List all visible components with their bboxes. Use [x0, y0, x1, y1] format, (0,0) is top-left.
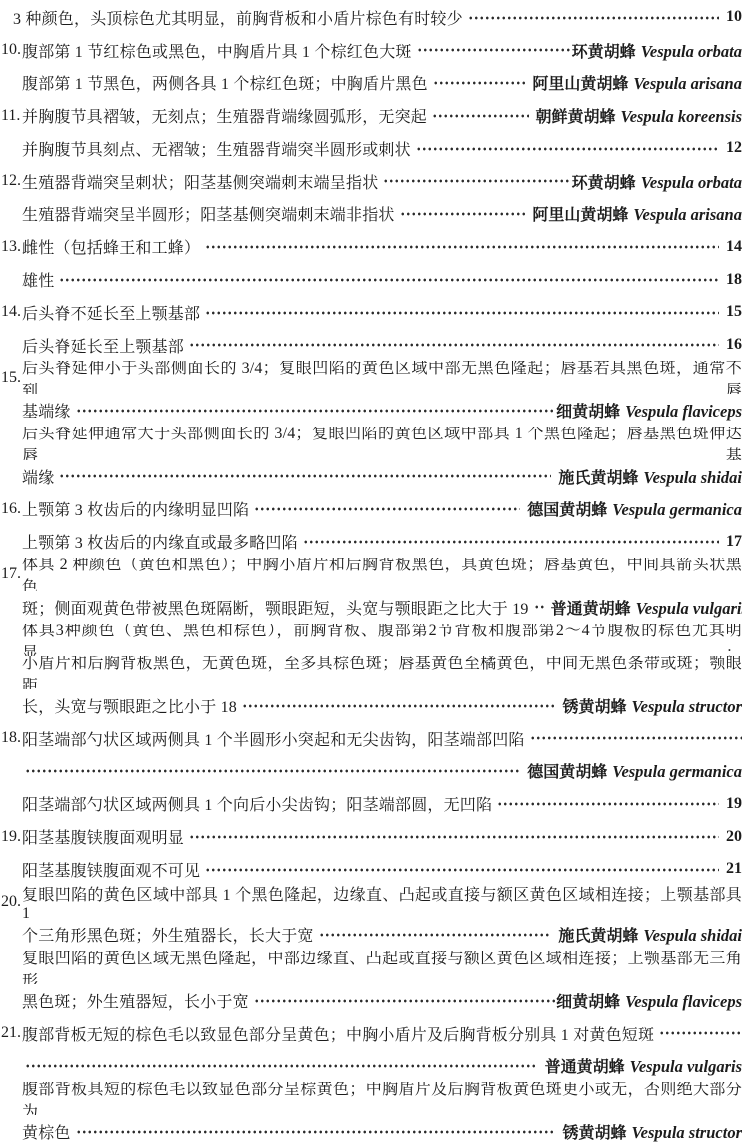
couplet-target: 15 [726, 303, 742, 321]
key-line: 腹部第 1 节黑色，两侧各具 1 个棕红色斑；中胸盾片黑色 阿里山黄胡蜂Vesp… [1, 67, 742, 100]
species-name: 施氏黄胡蜂Vespula shidai [558, 923, 742, 946]
dotted-leader [534, 591, 544, 624]
key-text: 复眼凹陷的黄色区域中部具 1 个黑色隆起，边缘直、凸起或直接与额区黄色区域相连接… [22, 886, 742, 919]
species-name-cn: 环黄胡蜂 [572, 39, 636, 62]
taxonomic-key-page: 3 种颜色，头顶棕色尤其明显，前胸背板和小盾片棕色有时较少 10 10. 腹部第… [0, 0, 745, 1148]
species-name-latin: Vespula vulgaris [631, 599, 742, 619]
species-name-latin: Vespula orbata [636, 42, 742, 62]
dotted-leader [383, 165, 570, 198]
species-name-cn: 普通黄胡蜂 [551, 596, 631, 619]
species-name-latin: Vespula vulgaris [625, 1057, 742, 1077]
species-name: 细黄胡蜂Vespula flaviceps [556, 989, 742, 1012]
key-line: 11. 并胸腹节具褶皱，无刻点；生殖器背端缘圆弧形，无突起 朝鲜黄胡蜂Vespu… [1, 99, 742, 132]
key-line: 13. 雌性（包括蜂王和工蜂） 14 [1, 230, 742, 263]
species-name: 普通黄胡蜂Vespula vulgaris [545, 1054, 742, 1077]
species-name-latin: Vespula germanica [607, 762, 742, 782]
species-name-cn: 朝鲜黄胡蜂 [536, 104, 616, 127]
key-text: 雌性（包括蜂王和工蜂） [22, 235, 200, 258]
species-name: 施氏黄胡蜂Vespula shidai [558, 465, 742, 488]
species-name: 锈黄胡蜂Vespula structor [562, 694, 742, 717]
species-name: 德国黄胡蜂Vespula germanica [527, 497, 742, 520]
key-line: 3 种颜色，头顶棕色尤其明显，前胸背板和小盾片棕色有时较少 10 [1, 1, 742, 34]
key-text: 并胸腹节具褶皱，无刻点；生殖器背端缘圆弧形，无突起 [22, 104, 427, 127]
couplet-target: 21 [726, 860, 742, 878]
species-name-latin: Vespula koreensis [616, 107, 742, 127]
key-line: 复眼凹陷的黄色区域无黑色隆起，中部边缘直、凸起或直接与额区黄色区域相连接；上颚基… [1, 951, 742, 984]
key-text: 生殖器背端突呈半圆形；阳茎基侧突端刺末端非指状 [22, 202, 395, 225]
key-line: 普通黄胡蜂Vespula vulgaris [1, 1050, 742, 1083]
couplet-target: 12 [726, 139, 742, 157]
key-line: 斑；侧面观黄色带被黑色斑隔断，颚眼距短，头宽与颚眼距之比大于 19 普通黄胡蜂V… [1, 591, 742, 624]
couplet-number: 11. [1, 107, 22, 125]
key-line: 雄性 18 [1, 263, 742, 296]
dotted-leader [242, 689, 555, 722]
species-name-cn: 德国黄胡蜂 [527, 759, 607, 782]
couplet-number: 21. [1, 1024, 22, 1042]
species-name: 环黄胡蜂Vespula orbata [572, 39, 742, 62]
key-line: 阳茎端部勺状区域两侧具 1 个向后小尖齿钩；阳茎端部圆，无凹陷 19 [1, 787, 742, 820]
key-text: 后头脊不延长至上颚基部 [22, 301, 200, 324]
dotted-leader [205, 230, 719, 263]
key-text: 并胸腹节具刻点、无褶皱；生殖器背端突半圆形或刺状 [22, 137, 411, 160]
species-name-cn: 德国黄胡蜂 [527, 497, 607, 520]
key-line: 黑色斑；外生殖器短，长小于宽 细黄胡蜂Vespula flaviceps [1, 984, 742, 1017]
couplet-target: 10 [726, 8, 742, 26]
key-text: 后头脊延伸通常大于头部侧面长的 3/4；复眼凹陷的黄色区域中部具 1 个黑色隆起… [22, 427, 742, 460]
key-text: 腹部第 1 节黑色，两侧各具 1 个棕红色斑；中胸盾片黑色 [22, 71, 428, 94]
dotted-leader [59, 263, 719, 296]
dotted-leader [530, 722, 742, 755]
species-name-cn: 阿里山黄胡蜂 [532, 202, 628, 225]
dotted-leader [205, 296, 719, 329]
key-text: 小盾片和后胸背板黑色，无黄色斑，至多具棕色斑；唇基黄色至橘黄色，中间无黑色条带或… [22, 656, 742, 689]
key-text: 腹部第 1 节红棕色或黑色，中胸盾片具 1 个棕红色大斑 [22, 39, 412, 62]
dotted-leader [416, 132, 719, 165]
key-text: 3 种颜色，头顶棕色尤其明显，前胸背板和小盾片棕色有时较少 [13, 6, 463, 29]
key-text: 体具3种颜色（黄色、黑色和棕色），前胸背板、腹部第2节背板和腹部第2～4节腹板的… [22, 624, 742, 657]
key-text: 阳茎端部勺状区域两侧具 1 个半圆形小突起和无尖齿钩，阳茎端部凹陷 [22, 727, 525, 750]
species-name-cn: 细黄胡蜂 [556, 989, 620, 1012]
key-text: 后头脊延伸小于头部侧面长的 3/4；复眼凹陷的黄色区域中部无黑色隆起；唇基若具黑… [22, 361, 742, 394]
dotted-leader [468, 1, 719, 34]
species-name-latin: Vespula arisana [628, 74, 742, 94]
dotted-leader [189, 820, 719, 853]
couplet-target: 14 [726, 238, 742, 256]
species-name: 锈黄胡蜂Vespula structor [562, 1120, 742, 1143]
species-name: 细黄胡蜂Vespula flaviceps [556, 399, 742, 422]
key-text: 黄棕色 [22, 1120, 71, 1143]
key-text: 雄性 [22, 268, 54, 291]
species-name: 阿里山黄胡蜂Vespula arisana [532, 71, 742, 94]
couplet-target: 17 [726, 533, 742, 551]
couplet-number: 13. [1, 238, 22, 256]
dotted-leader [433, 67, 526, 100]
key-text: 阳茎基腹铗腹面观不可见 [22, 858, 200, 881]
couplet-number: 18. [1, 729, 22, 747]
dotted-leader [497, 787, 719, 820]
couplet-number: 14. [1, 303, 22, 321]
key-line: 阳茎基腹铗腹面观不可见 21 [1, 853, 742, 886]
couplet-target: 18 [726, 271, 742, 289]
key-line: 个三角形黑色斑；外生殖器长，长大于宽 施氏黄胡蜂Vespula shidai [1, 918, 742, 951]
species-name: 德国黄胡蜂Vespula germanica [527, 759, 742, 782]
species-name: 普通黄胡蜂Vespula vulgaris [551, 596, 742, 619]
key-line: 上颚第 3 枚齿后的内缘直或最多略凹陷 17 [1, 525, 742, 558]
key-text: 阳茎端部勺状区域两侧具 1 个向后小尖齿钩；阳茎端部圆，无凹陷 [22, 792, 492, 815]
dotted-leader [319, 918, 552, 951]
couplet-number: 15. [1, 369, 22, 387]
species-name: 朝鲜黄胡蜂Vespula koreensis [536, 104, 743, 127]
key-text: 上颚第 3 枚齿后的内缘直或最多略凹陷 [22, 530, 298, 553]
key-line: 端缘 施氏黄胡蜂Vespula shidai [1, 460, 742, 493]
key-text: 长，头宽与颚眼距之比小于 18 [22, 694, 237, 717]
key-line: 后头脊延长至上颚基部 16 [1, 329, 742, 362]
species-name: 环黄胡蜂Vespula orbata [572, 170, 742, 193]
key-text: 阳茎基腹铗腹面观明显 [22, 825, 184, 848]
key-text: 基端缘 [22, 399, 71, 422]
dotted-leader [659, 1017, 742, 1050]
species-name-latin: Vespula structor [627, 697, 743, 717]
species-name-cn: 施氏黄胡蜂 [558, 465, 638, 488]
species-name-cn: 普通黄胡蜂 [545, 1054, 625, 1077]
dotted-leader [254, 984, 555, 1017]
key-line: 小盾片和后胸背板黑色，无黄色斑，至多具棕色斑；唇基黄色至橘黄色，中间无黑色条带或… [1, 656, 742, 689]
key-line: 19. 阳茎基腹铗腹面观明显 20 [1, 820, 742, 853]
key-line: 德国黄胡蜂Vespula germanica [1, 755, 742, 788]
key-line: 16. 上颚第 3 枚齿后的内缘明显凹陷 德国黄胡蜂Vespula german… [1, 492, 742, 525]
species-name-cn: 锈黄胡蜂 [562, 694, 626, 717]
key-line: 黄棕色 锈黄胡蜂Vespula structor [1, 1115, 742, 1148]
key-line: 体具3种颜色（黄色、黑色和棕色），前胸背板、腹部第2节背板和腹部第2～4节腹板的… [1, 624, 742, 657]
dotted-leader [432, 99, 528, 132]
dotted-leader [76, 1115, 556, 1148]
species-name-latin: Vespula flaviceps [620, 992, 742, 1012]
key-text: 腹部背板具短的棕色毛以致显色部分呈棕黄色；中胸盾片及后胸背板黄色斑更小或无，否则… [22, 1082, 742, 1115]
key-text: 端缘 [22, 465, 54, 488]
species-name-latin: Vespula structor [627, 1123, 743, 1143]
species-name-latin: Vespula arisana [628, 205, 742, 225]
dotted-leader [254, 492, 520, 525]
species-name-cn: 锈黄胡蜂 [562, 1120, 626, 1143]
couplet-target: 16 [726, 336, 742, 354]
dotted-leader [25, 755, 520, 788]
key-line: 15. 后头脊延伸小于头部侧面长的 3/4；复眼凹陷的黄色区域中部无黑色隆起；唇… [1, 361, 742, 394]
species-name-latin: Vespula flaviceps [620, 402, 742, 422]
key-text: 斑；侧面观黄色带被黑色斑隔断，颚眼距短，头宽与颚眼距之比大于 19 [22, 596, 529, 619]
couplet-number: 19. [1, 828, 22, 846]
dotted-leader [76, 394, 556, 427]
couplet-number: 20. [1, 893, 22, 911]
key-line: 长，头宽与颚眼距之比小于 18 锈黄胡蜂Vespula structor [1, 689, 742, 722]
key-line: 腹部背板具短的棕色毛以致显色部分呈棕黄色；中胸盾片及后胸背板黄色斑更小或无，否则… [1, 1082, 742, 1115]
species-name-latin: Vespula germanica [607, 500, 742, 520]
key-text: 个三角形黑色斑；外生殖器长，长大于宽 [22, 923, 314, 946]
species-name-cn: 阿里山黄胡蜂 [532, 71, 628, 94]
couplet-target: 20 [726, 828, 742, 846]
species-name-cn: 环黄胡蜂 [572, 170, 636, 193]
dotted-leader [400, 198, 526, 231]
key-line: 后头脊延伸通常大于头部侧面长的 3/4；复眼凹陷的黄色区域中部具 1 个黑色隆起… [1, 427, 742, 460]
species-name-latin: Vespula shidai [638, 468, 742, 488]
key-text: 体具 2 种颜色（黄色和黑色）；中胸小盾片和后胸背板黑色，具黄色斑；唇基黄色，中… [22, 558, 742, 591]
species-name-latin: Vespula shidai [638, 926, 742, 946]
key-line: 21. 腹部背板无短的棕色毛以致显色部分呈黄色；中胸小盾片及后胸背板分别具 1 … [1, 1017, 742, 1050]
couplet-number: 16. [1, 500, 22, 518]
key-line: 并胸腹节具刻点、无褶皱；生殖器背端突半圆形或刺状 12 [1, 132, 742, 165]
couplet-number: 17. [1, 565, 22, 583]
key-text: 腹部背板无短的棕色毛以致显色部分呈黄色；中胸小盾片及后胸背板分别具 1 对黄色短… [22, 1022, 654, 1045]
key-text: 复眼凹陷的黄色区域无黑色隆起，中部边缘直、凸起或直接与额区黄色区域相连接；上颚基… [22, 951, 742, 984]
dotted-leader [25, 1050, 538, 1083]
couplet-number: 10. [1, 41, 22, 59]
key-line: 18. 阳茎端部勺状区域两侧具 1 个半圆形小突起和无尖齿钩，阳茎端部凹陷 [1, 722, 742, 755]
dotted-leader [189, 329, 719, 362]
dotted-leader [303, 525, 719, 558]
key-line: 14. 后头脊不延长至上颚基部 15 [1, 296, 742, 329]
key-line: 生殖器背端突呈半圆形；阳茎基侧突端刺末端非指状 阿里山黄胡蜂Vespula ar… [1, 198, 742, 231]
key-line: 10. 腹部第 1 节红棕色或黑色，中胸盾片具 1 个棕红色大斑 环黄胡蜂Ves… [1, 34, 742, 67]
couplet-number: 12. [1, 172, 22, 190]
species-name-cn: 细黄胡蜂 [556, 399, 620, 422]
couplet-target: 19 [726, 795, 742, 813]
key-text: 黑色斑；外生殖器短，长小于宽 [22, 989, 249, 1012]
key-line: 12. 生殖器背端突呈刺状；阳茎基侧突端刺末端呈指状 环黄胡蜂Vespula o… [1, 165, 742, 198]
key-line: 20. 复眼凹陷的黄色区域中部具 1 个黑色隆起，边缘直、凸起或直接与额区黄色区… [1, 886, 742, 919]
dotted-leader [205, 853, 719, 886]
species-name-cn: 施氏黄胡蜂 [558, 923, 638, 946]
key-line: 17. 体具 2 种颜色（黄色和黑色）；中胸小盾片和后胸背板黑色，具黄色斑；唇基… [1, 558, 742, 591]
species-name-latin: Vespula orbata [636, 173, 742, 193]
key-text: 后头脊延长至上颚基部 [22, 334, 184, 357]
species-name: 阿里山黄胡蜂Vespula arisana [532, 202, 742, 225]
dotted-leader [417, 34, 571, 67]
key-list: 3 种颜色，头顶棕色尤其明显，前胸背板和小盾片棕色有时较少 10 10. 腹部第… [1, 1, 742, 1148]
key-line: 基端缘 细黄胡蜂Vespula flaviceps [1, 394, 742, 427]
key-text: 生殖器背端突呈刺状；阳茎基侧突端刺末端呈指状 [22, 170, 378, 193]
dotted-leader [59, 460, 551, 493]
key-text: 上颚第 3 枚齿后的内缘明显凹陷 [22, 497, 249, 520]
